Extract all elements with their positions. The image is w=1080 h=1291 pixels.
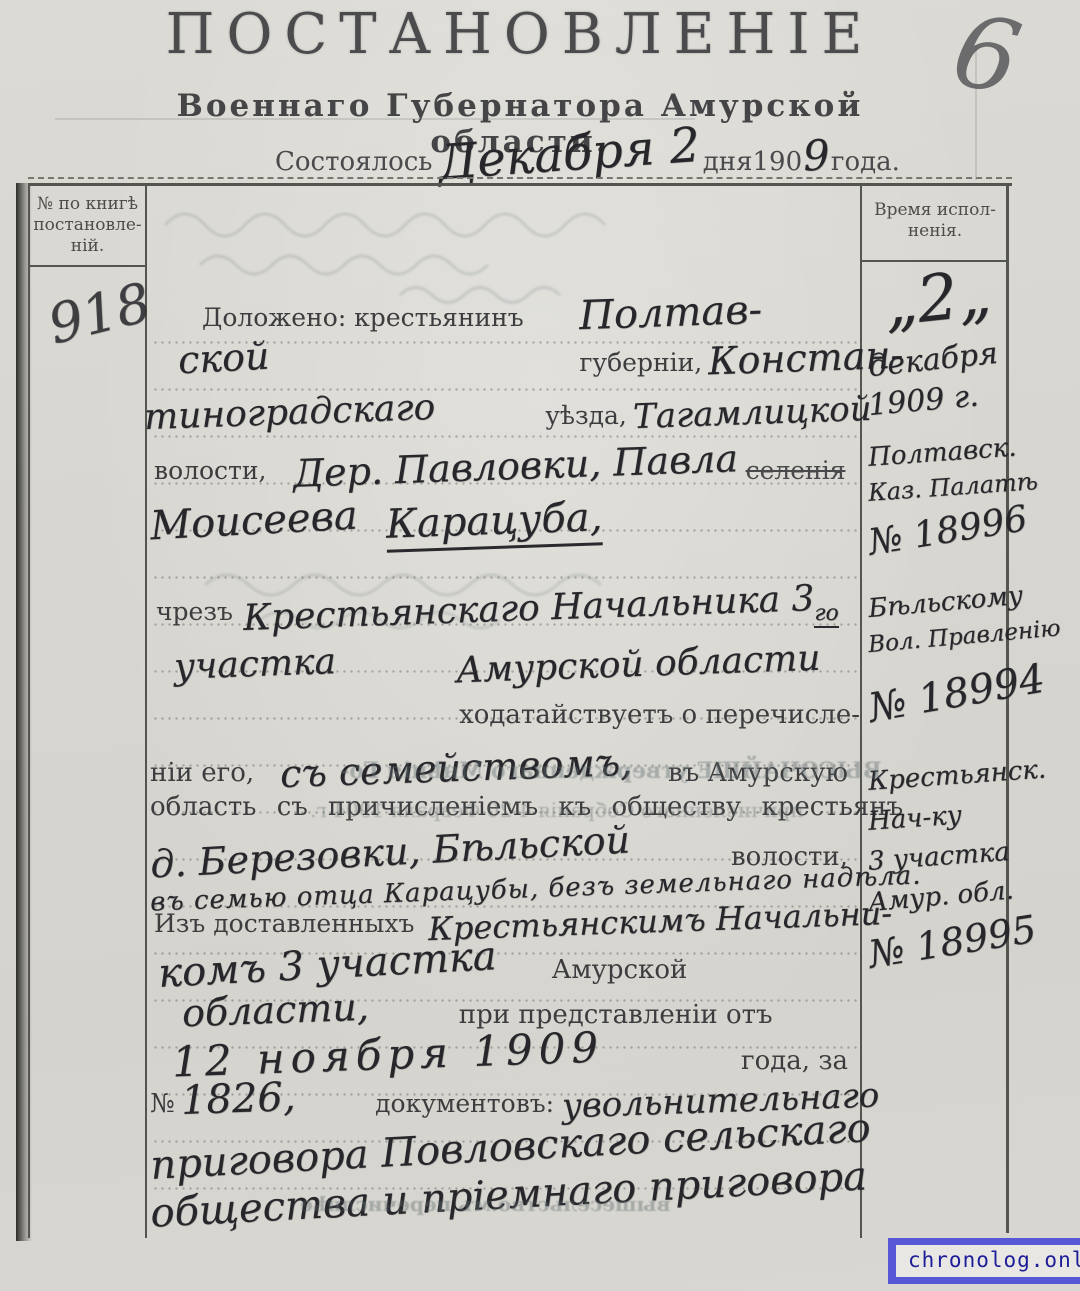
- record-number: 918: [42, 270, 157, 356]
- printed-text: года, за: [741, 1046, 848, 1076]
- execution-note: Бѣльскому: [867, 582, 1009, 624]
- printed-text: уѣзда,: [545, 401, 627, 430]
- column-header-execution-time: Время испол- ненія.: [864, 200, 1006, 242]
- date-printed-year: 190: [753, 147, 803, 177]
- printed-text: ходатайствуетъ о перечисле-: [459, 700, 860, 730]
- left-header-underline: [28, 265, 147, 267]
- body-line: ской губерніи, Констан-: [150, 336, 860, 380]
- printed-text: губерніи,: [579, 348, 702, 377]
- handwritten-text-underlined: Карацуба,: [385, 494, 603, 553]
- handwritten-text: Полтав-: [578, 287, 763, 339]
- table-top-dashed-rule: [28, 177, 1012, 179]
- handwritten-text: Амурской области: [455, 638, 821, 692]
- handwritten-text: Дер. Павловки, Павла: [292, 436, 738, 496]
- column-header-record-number: № по книгѣ постановле- ній.: [30, 194, 145, 257]
- date-printed-suffix: года.: [831, 147, 900, 177]
- printed-text: Доложено: крестьянинъ: [202, 303, 524, 332]
- execution-note: Полтавск.: [867, 433, 1009, 473]
- column-header-line: ненія.: [864, 221, 1006, 242]
- document-title: ПОСТАНОВЛЕНІЕ: [80, 2, 960, 67]
- date-printed-mid: дня: [703, 147, 753, 177]
- printed-text: Изъ доставленныхъ: [154, 909, 414, 938]
- handwritten-text: области,: [181, 985, 369, 1035]
- table-left-border: [28, 183, 30, 1238]
- date-handwritten-year-digit: 9: [802, 130, 831, 180]
- printed-text: ніи его,: [150, 758, 254, 788]
- date-handwritten-month-day: Декабря 2: [437, 117, 703, 191]
- bleedthrough-text: вышесельство.мъ перечислнѣе: [300, 1192, 670, 1216]
- handwritten-text: участка: [173, 641, 336, 688]
- body-line: Моисеева Карацуба,: [150, 498, 860, 549]
- handwritten-text: Крестьянскимъ Начальни-: [428, 894, 893, 948]
- handwritten-text: тиноградскаго: [143, 387, 435, 438]
- body-line: чрезъ Крестьянскаго Начальника 3 го: [150, 588, 860, 629]
- execution-reference-number: № 18996: [866, 501, 1011, 563]
- scanned-document-page: ПОСТАНОВЛЕНІЕ 6 Военнаго Губернатора Аму…: [0, 0, 1080, 1291]
- bleedthrough-text: ВЫСОЧАЙШЕ утвержденнаго Мнѣнія Го-: [340, 758, 882, 784]
- execution-note: Крестьянск.: [867, 757, 1009, 797]
- execution-reference-number: № 18994: [865, 662, 1011, 732]
- body-line: волости, Дер. Павловки, Павла селенія: [150, 444, 860, 488]
- printed-text: чрезъ: [156, 597, 233, 626]
- date-printed-prefix: Состоялось: [275, 147, 432, 177]
- body-line: Изъ доставленныхъ Крестьянскимъ Начальни…: [150, 902, 860, 940]
- handwritten-text: Моисеева: [149, 493, 359, 550]
- watermark-text: chronolog.online: [908, 1248, 1080, 1272]
- handwritten-text: ской: [177, 334, 271, 383]
- printed-text: Амурской: [552, 955, 688, 985]
- column-header-line: № по книгѣ: [30, 194, 145, 215]
- printed-text: документовъ:: [375, 1089, 554, 1118]
- handwritten-text: Тагамлицкой: [632, 389, 872, 437]
- column-header-line: ній.: [30, 236, 145, 257]
- execution-note: 1909 г.: [867, 376, 1010, 423]
- body-line: участка Амурской области: [150, 644, 860, 685]
- body-line: тиноградскаго уѣзда, Тагамлицкой: [150, 392, 860, 433]
- body-line: Доложено: крестьянинъ Полтав-: [150, 290, 860, 336]
- body-line: 12 ноября 1909 года, за: [150, 1030, 860, 1079]
- execution-note: 3 участка: [867, 837, 1009, 877]
- handwritten-superscript: го: [814, 601, 838, 628]
- table-top-rule: [28, 183, 1012, 186]
- printed-text: волости,: [154, 456, 267, 485]
- body-line: комъ 3 участка Амурской: [150, 942, 860, 988]
- body-line: ходатайствуетъ о перечисле-: [150, 700, 868, 730]
- date-line: Состоялось Декабря 2 дня 190 9 года.: [275, 126, 835, 182]
- column-header-line: постановле-: [30, 215, 145, 236]
- handwritten-text: 1826,: [180, 1074, 296, 1124]
- execution-note: Вол. Правленію: [867, 620, 1009, 658]
- bleedthrough-text: причисленнаго Собранія 4-20 Февраля 1904…: [310, 798, 804, 822]
- execution-note: Каз. Палатѣ: [867, 469, 1009, 507]
- column-header-line: Время испол-: [864, 200, 1006, 221]
- printed-text-struck: селенія: [746, 456, 846, 485]
- column-divider-left: [145, 183, 147, 1238]
- printed-text: №: [150, 1089, 175, 1119]
- execution-note: „2„: [880, 257, 994, 342]
- watermark-badge: chronolog.online: [888, 1238, 1080, 1284]
